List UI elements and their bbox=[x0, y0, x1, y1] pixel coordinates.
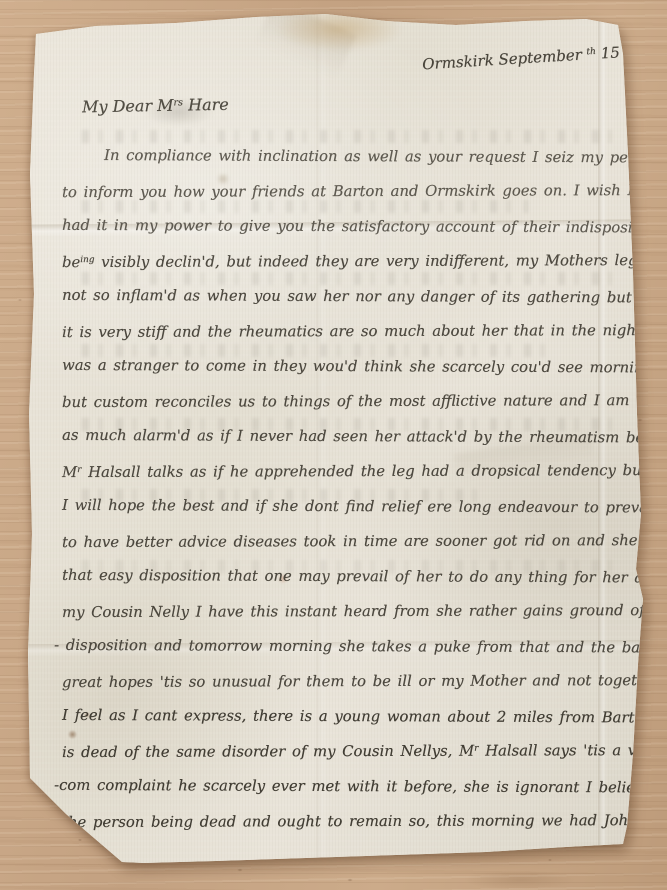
text-segment: M bbox=[62, 464, 77, 481]
letter-line: Mr Halsall talks as if he apprehended th… bbox=[62, 462, 628, 499]
letter-line: had it in my power to give you the satis… bbox=[62, 217, 628, 254]
letter-line: was a stranger to come in they wou'd thi… bbox=[62, 357, 628, 394]
letter-line: - disposition and tomorrow morning she t… bbox=[62, 637, 628, 674]
text-segment: Ormskirk September bbox=[422, 45, 587, 73]
text-segment: not so inflam'd as when you saw her nor … bbox=[62, 287, 632, 306]
salutation: My Dear Mrs Hare bbox=[82, 95, 229, 117]
text-segment: to have better advice diseases took in t… bbox=[62, 532, 667, 551]
letter-line: the person being dead and ought to remai… bbox=[62, 812, 628, 849]
text-segment: great hopes 'tis so unusual for them to … bbox=[62, 672, 667, 691]
text-segment: In compliance with inclination as well a… bbox=[104, 147, 637, 166]
letter-line: great hopes 'tis so unusual for them to … bbox=[62, 672, 628, 709]
text-segment: but custom reconciles us to things of th… bbox=[62, 392, 660, 411]
letter-line: my Cousin Nelly I have this instant hear… bbox=[62, 602, 628, 639]
text-segment: that easy disposition that one may preva… bbox=[62, 567, 667, 587]
letter-line: but custom reconciles us to things of th… bbox=[62, 392, 628, 429]
text-segment: my Cousin Nelly I have this instant hear… bbox=[62, 602, 667, 621]
text-segment: had it in my power to give you the satis… bbox=[62, 217, 662, 237]
letter-line: not so inflam'd as when you saw her nor … bbox=[62, 287, 628, 324]
text-segment: to inform you how your friends at Barton… bbox=[62, 182, 633, 201]
text-segment: - disposition and tomorrow morning she t… bbox=[54, 637, 667, 657]
text-segment: is dead of the same disorder of my Cousi… bbox=[62, 743, 474, 761]
text-segment: 15 1775 bbox=[595, 41, 663, 63]
text-segment: -com complaint he scarcely ever met with… bbox=[54, 777, 667, 797]
text-segment: was a stranger to come in they wou'd thi… bbox=[62, 357, 653, 377]
letter-body: In compliance with inclination as well a… bbox=[62, 148, 628, 848]
letter-line: as much alarm'd as if I never had seen h… bbox=[62, 427, 628, 464]
text-segment: as much alarm'd as if I never had seen h… bbox=[62, 427, 667, 447]
superscript-text: rs bbox=[173, 97, 183, 108]
stain-top-edge bbox=[274, 6, 404, 52]
letter-line: In compliance with inclination as well a… bbox=[62, 147, 628, 184]
letter-paper-wrap: Ormskirk September th 15 1775 My Dear Mr… bbox=[26, 14, 648, 866]
letter-paper: Ormskirk September th 15 1775 My Dear Mr… bbox=[26, 14, 648, 866]
ink-bleedthrough bbox=[82, 130, 612, 143]
letter-line: it is very stiff and the rheumatics are … bbox=[62, 322, 628, 359]
text-segment: Hare bbox=[183, 95, 229, 115]
letter-line: being visibly declin'd, but indeed they … bbox=[62, 252, 628, 289]
letter-line: that easy disposition that one may preva… bbox=[62, 567, 628, 604]
text-segment: I feel as I cant express, there is a you… bbox=[62, 707, 667, 727]
text-segment: Halsall talks as if he apprehended the l… bbox=[81, 462, 647, 481]
text-segment: Halsall says 'tis a very uncom- bbox=[478, 742, 667, 760]
letter-line: is dead of the same disorder of my Cousi… bbox=[62, 742, 628, 779]
text-segment: I will hope the best and if she dont fin… bbox=[62, 497, 667, 517]
text-segment: visibly declin'd, but indeed they are ve… bbox=[94, 252, 656, 271]
letter-line: -com complaint he scarcely ever met with… bbox=[62, 777, 628, 814]
letter-line: to inform you how your friends at Barton… bbox=[62, 182, 628, 219]
text-segment: My Dear M bbox=[82, 96, 174, 117]
letter-line: I will hope the best and if she dont fin… bbox=[62, 497, 628, 534]
letter-line: to have better advice diseases took in t… bbox=[62, 532, 628, 569]
dateline: Ormskirk September th 15 1775 bbox=[422, 41, 663, 74]
superscript-text: ing bbox=[80, 255, 94, 265]
text-segment: be bbox=[62, 254, 80, 271]
text-segment: the person being dead and ought to remai… bbox=[62, 812, 667, 831]
letter-line: I feel as I cant express, there is a you… bbox=[62, 707, 628, 744]
paper-wrinkle bbox=[246, 0, 357, 99]
text-segment: it is very stiff and the rheumatics are … bbox=[62, 322, 642, 341]
